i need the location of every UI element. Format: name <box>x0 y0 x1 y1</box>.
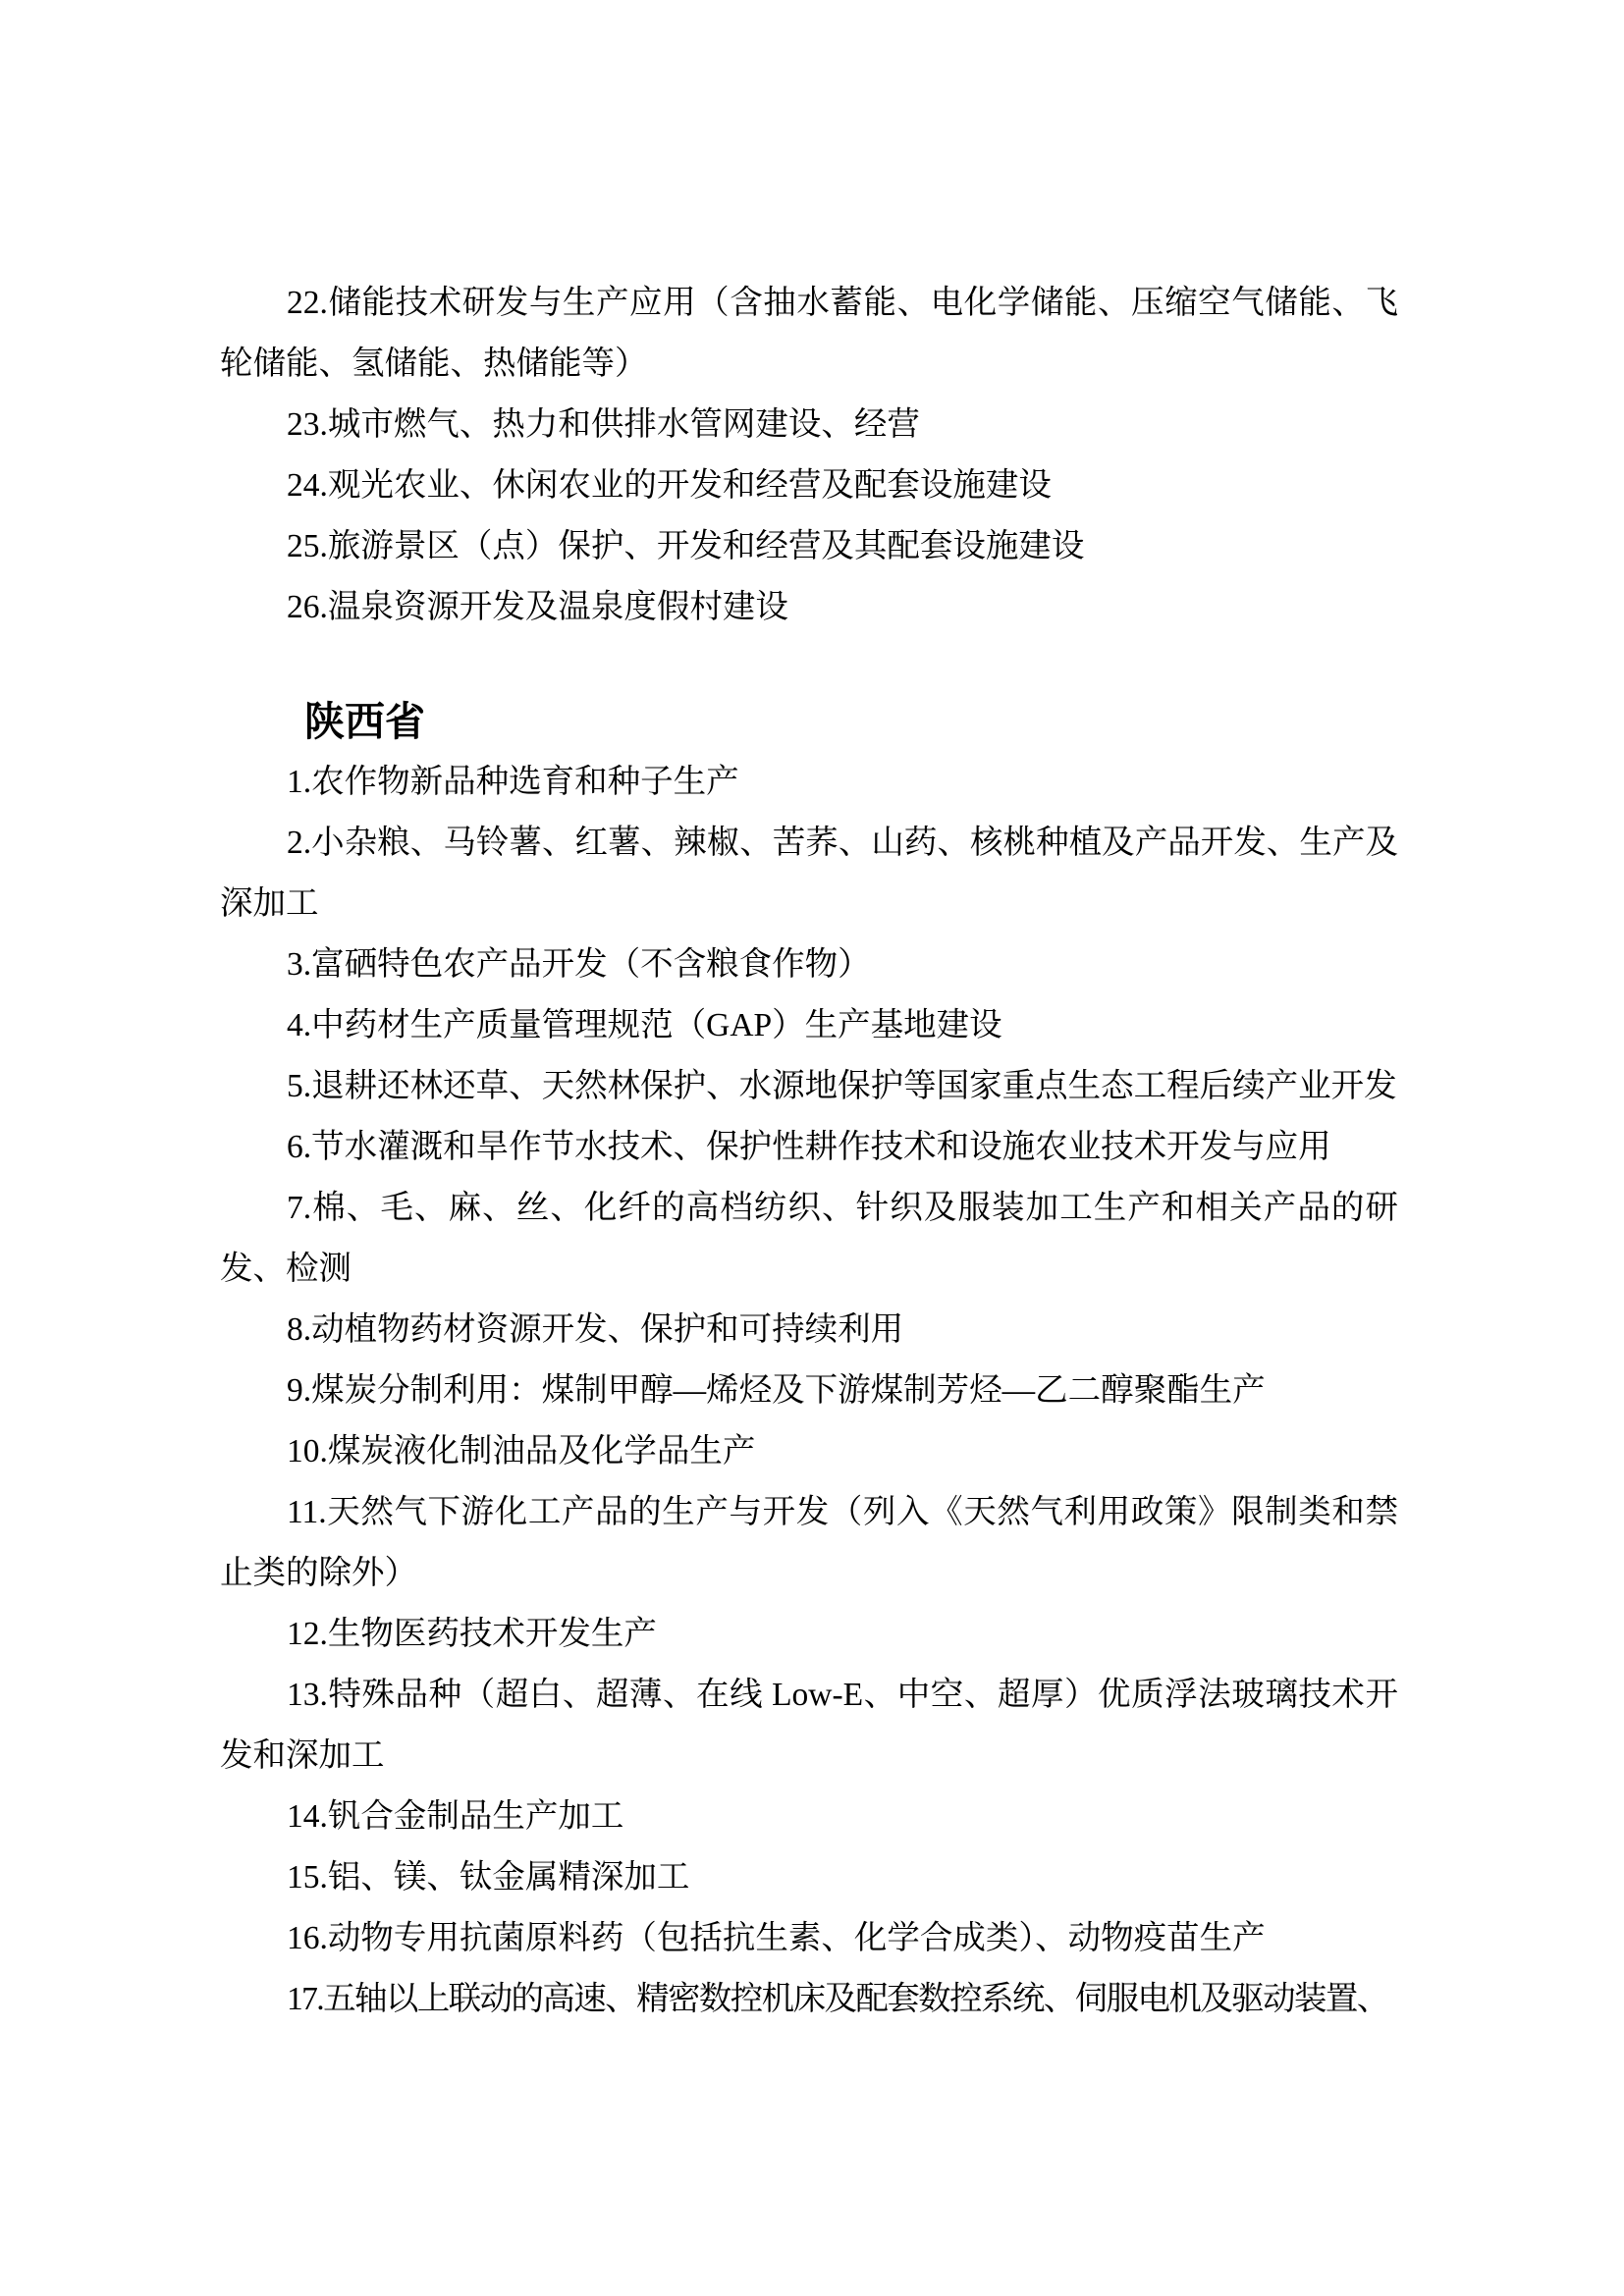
list-item: 23.城市燃气、热力和供排水管网建设、经营 <box>220 395 1398 455</box>
list-item: 6.节水灌溉和旱作节水技术、保护性耕作技术和设施农业技术开发与应用 <box>220 1117 1398 1178</box>
numbered-item-list-section: 1.农作物新品种选育和种子生产 2.小杂粮、马铃薯、红薯、辣椒、苦荞、山药、核桃… <box>220 752 1398 2030</box>
list-item: 10.煤炭液化制油品及化学品生产 <box>220 1421 1398 1482</box>
list-item: 8.动植物药材资源开发、保护和可持续利用 <box>220 1300 1398 1361</box>
list-item: 22.储能技术研发与生产应用（含抽水蓄能、电化学储能、压缩空气储能、飞轮储能、氢… <box>220 273 1398 395</box>
list-item: 14.钒合金制品生产加工 <box>220 1787 1398 1847</box>
list-item: 26.温泉资源开发及温泉度假村建设 <box>220 577 1398 638</box>
page-content: 22.储能技术研发与生产应用（含抽水蓄能、电化学储能、压缩空气储能、飞轮储能、氢… <box>220 273 1398 2030</box>
list-item: 9.煤炭分制利用：煤制甲醇—烯烃及下游煤制芳烃—乙二醇聚酯生产 <box>220 1361 1398 1421</box>
list-item: 1.农作物新品种选育和种子生产 <box>220 752 1398 813</box>
list-item: 16.动物专用抗菌原料药（包括抗生素、化学合成类）、动物疫苗生产 <box>220 1908 1398 1969</box>
list-item: 15.铝、镁、钛金属精深加工 <box>220 1847 1398 1908</box>
list-item: 24.观光农业、休闲农业的开发和经营及配套设施建设 <box>220 455 1398 516</box>
list-item: 13.特殊品种（超白、超薄、在线 Low-E、中空、超厚）优质浮法玻璃技术开发和… <box>220 1665 1398 1787</box>
list-item: 5.退耕还林还草、天然林保护、水源地保护等国家重点生态工程后续产业开发 <box>220 1056 1398 1117</box>
list-item: 11.天然气下游化工产品的生产与开发（列入《天然气利用政策》限制类和禁止类的除外… <box>220 1482 1398 1604</box>
list-item: 25.旅游景区（点）保护、开发和经营及其配套设施建设 <box>220 516 1398 577</box>
list-item: 12.生物医药技术开发生产 <box>220 1604 1398 1665</box>
list-item: 4.中药材生产质量管理规范（GAP）生产基地建设 <box>220 995 1398 1056</box>
list-item: 2.小杂粮、马铃薯、红薯、辣椒、苦荞、山药、核桃种植及产品开发、生产及深加工 <box>220 813 1398 934</box>
list-item: 17.五轴以上联动的高速、精密数控机床及配套数控系统、伺服电机及驱动装置、 <box>220 1969 1398 2030</box>
section-heading: 陕西省 <box>220 691 1398 752</box>
list-item: 3.富硒特色农产品开发（不含粮食作物） <box>220 934 1398 995</box>
list-item: 7.棉、毛、麻、丝、化纤的高档纺织、针织及服装加工生产和相关产品的研发、检测 <box>220 1178 1398 1300</box>
document-page: 22.储能技术研发与生产应用（含抽水蓄能、电化学储能、压缩空气储能、飞轮储能、氢… <box>0 0 1624 2296</box>
numbered-item-list-top: 22.储能技术研发与生产应用（含抽水蓄能、电化学储能、压缩空气储能、飞轮储能、氢… <box>220 273 1398 638</box>
